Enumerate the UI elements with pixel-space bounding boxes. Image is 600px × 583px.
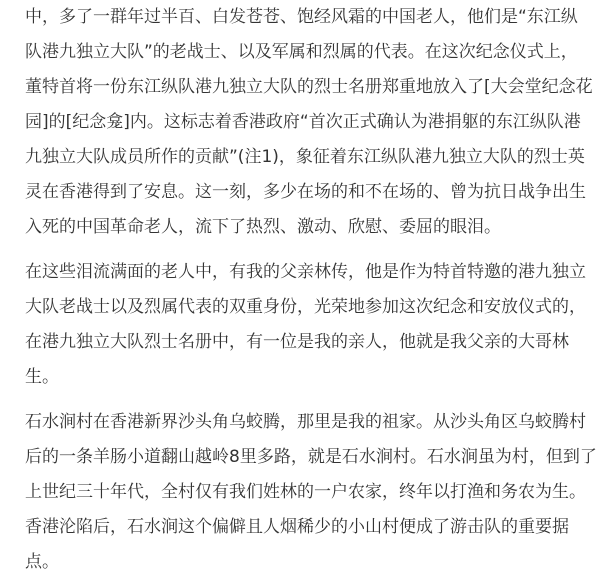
document-page: 中，多了一群年过半百、白发苍苍、饱经风霜的中国老人，他们是“东江纵队港九独立大队… <box>0 0 600 583</box>
text-line: 石水涧村在香港新界沙头角乌蛟腾，那里是我的祖家。从沙头角区乌蛟腾村 <box>25 405 592 440</box>
text-line: 中，多了一群年过半百、白发苍苍、饱经风霜的中国老人，他们是“东江纵 <box>25 0 592 35</box>
text-line: 在港九独立大队烈士名册中，有一位是我的亲人，他就是我父亲的大哥林 <box>25 325 592 360</box>
text-line: 上世纪三十年代，全村仅有我们姓林的一户农家，终年以打渔和务农为生。 <box>25 475 592 510</box>
text-content: 中，多了一群年过半百、白发苍苍、饱经风霜的中国老人，他们是“东江纵队港九独立大队… <box>25 0 592 580</box>
text-line: 香港沦陷后，石水涧这个偏僻且人烟稀少的小山村便成了游击队的重要据 <box>25 510 592 545</box>
text-line: 九独立大队成员所作的贡献”(注1)，象征着东江纵队港九独立大队的烈士英 <box>25 140 592 175</box>
text-line: 园]的[纪念龛]内。这标志着香港政府“首次正式确认为港捐躯的东江纵队港 <box>25 105 592 140</box>
text-line: 后的一条羊肠小道翻山越岭8里多路，就是石水涧村。石水涧虽为村，但到了 <box>25 440 592 475</box>
text-line: 队港九独立大队”的老战士、以及军属和烈属的代表。在这次纪念仪式上， <box>25 35 592 70</box>
text-line: 生。 <box>25 360 592 395</box>
text-line: 点。 <box>25 545 592 580</box>
text-line: 入死的中国革命老人，流下了热烈、激动、欣慰、委屈的眼泪。 <box>25 210 592 245</box>
text-line: 灵在香港得到了安息。这一刻，多少在场的和不在场的、曾为抗日战争出生 <box>25 175 592 210</box>
text-line: 董特首将一份东江纵队港九独立大队的烈士名册郑重地放入了[大会堂纪念花 <box>25 70 592 105</box>
paragraph: 石水涧村在香港新界沙头角乌蛟腾，那里是我的祖家。从沙头角区乌蛟腾村后的一条羊肠小… <box>25 405 592 580</box>
paragraph: 在这些泪流满面的老人中，有我的父亲林传，他是作为特首特邀的港九独立大队老战士以及… <box>25 255 592 395</box>
text-line: 大队老战士以及烈属代表的双重身份，光荣地参加这次纪念和安放仪式的， <box>25 290 592 325</box>
text-line: 在这些泪流满面的老人中，有我的父亲林传，他是作为特首特邀的港九独立 <box>25 255 592 290</box>
paragraph: 中，多了一群年过半百、白发苍苍、饱经风霜的中国老人，他们是“东江纵队港九独立大队… <box>25 0 592 245</box>
